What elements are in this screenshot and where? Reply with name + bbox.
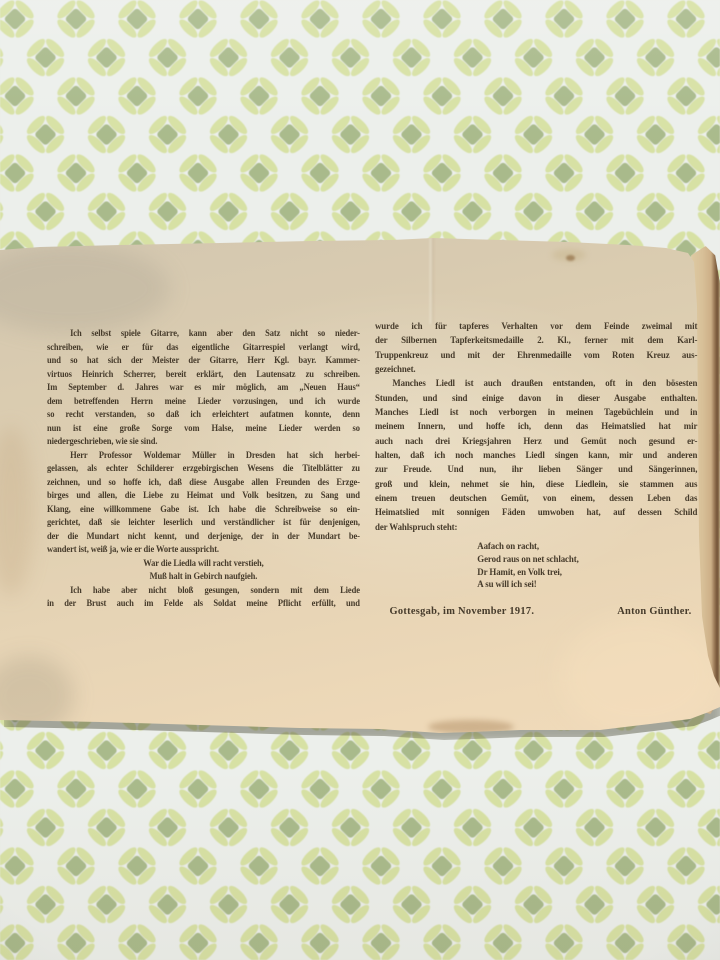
paper-stain — [552, 249, 586, 261]
text-line: Im September d. Jahres war es mir möglic… — [47, 381, 360, 395]
text-line: der Wahlspruch steht: — [375, 520, 697, 534]
right-text-column: wurde ich für tapferes Verhalten vor dem… — [375, 319, 697, 618]
verse-line: A su will ich sei! — [477, 578, 697, 591]
text-line: birges und allen, die Liebe zu Heimat un… — [47, 489, 360, 503]
text-line: meinem Innern, und hoffe ich, denn das H… — [375, 419, 697, 433]
dateline-row: Gottesgab, im November 1917. Anton Günth… — [375, 604, 697, 618]
text-line: zur Freude. Und nun, ihr lieben Sänger u… — [375, 462, 697, 476]
text-line: Ich habe aber nicht bloß gesungen, sonde… — [47, 584, 360, 598]
verse-line: Dr Hamit, en Volk trei, — [477, 566, 697, 579]
text-line: gelassen, als echter Schilderer erzgebir… — [47, 462, 360, 476]
text-line: nun ist eine große Sorge vom Halse, mein… — [47, 422, 360, 436]
text-line: Klang, eine willkommene Gabe ist. Ich ha… — [47, 503, 360, 517]
paper-stain — [566, 255, 575, 261]
text-line: dem betreffenden Herrn meine Lieder vorz… — [47, 395, 360, 409]
left-text-column: Ich selbst spiele Gitarre, kann aber den… — [47, 327, 360, 611]
text-line: und so hat sich der Meister der Gitarre,… — [47, 354, 360, 368]
paragraph-professor: Herr Professor Woldemar Müller in Dresde… — [47, 449, 360, 557]
text-line: einem treuen deutschen Gemüt, von einem,… — [375, 491, 697, 505]
text-line: halten, daß ich noch manches Liedl singe… — [375, 448, 697, 462]
verse-line: Aafach on racht, — [477, 540, 697, 553]
text-line: gerichtet, daß sie leichter leserlich un… — [47, 516, 360, 530]
paragraph-medals: wurde ich für tapferes Verhalten vor dem… — [375, 319, 697, 376]
paper-stain — [0, 244, 170, 334]
text-line: niedergeschrieben, wie sie sind. — [47, 435, 360, 449]
text-line: in der Brust auch im Felde als Soldat me… — [47, 597, 360, 611]
text-line: Heimatslied mit sonnigen Fäden umwoben h… — [375, 505, 697, 519]
text-line: der die Mundart nicht kennt, und derjeni… — [47, 530, 360, 544]
text-line: Ich selbst spiele Gitarre, kann aber den… — [47, 327, 360, 341]
text-line: virtuos Heinrich Scherrer, bereit erklär… — [47, 368, 360, 382]
text-line: Herr Professor Woldemar Müller in Dresde… — [47, 449, 360, 463]
dialect-couplet: War die Liedla will racht verstieh,Muß h… — [47, 557, 360, 584]
verse-line: Gerod raus on net schlacht, — [477, 553, 697, 566]
motto-verse: Aafach on racht,Gerod raus on net schlac… — [375, 540, 697, 591]
text-line: schreiben, wie er für das eigentliche Gi… — [47, 341, 360, 355]
text-line: gezeichnet. — [375, 362, 697, 376]
couplet-line: Muß halt in Gebirch naufgieh. — [47, 570, 360, 584]
text-line: so recht verstanden, so daß ich erleicht… — [47, 408, 360, 422]
dateline: Gottesgab, im November 1917. — [389, 604, 534, 618]
paragraph-guitar: Ich selbst spiele Gitarre, kann aber den… — [47, 327, 360, 449]
text-line: Truppenkreuz und mit der Ehrenmedaille v… — [375, 348, 697, 362]
text-line: auch nach drei Kriegsjahren Herz und Gem… — [375, 434, 697, 448]
text-line: Stunden, und sind einige davon in dieser… — [375, 391, 697, 405]
text-line: Manches Liedl ist noch verborgen in mein… — [375, 405, 697, 419]
text-line: zeichnen, und so hoffe ich, daß diese Au… — [47, 476, 360, 490]
couplet-line: War die Liedla will racht verstieh, — [47, 557, 360, 571]
paper-stain — [0, 426, 34, 596]
paragraph-liedl: Manches Liedl ist auch draußen entstande… — [375, 376, 697, 534]
signature: Anton Günther. — [617, 604, 691, 618]
text-line: der Silbernen Tapferkeitsmedaille 2. Kl.… — [375, 333, 697, 347]
paragraph-soldier: Ich habe aber nicht bloß gesungen, sonde… — [47, 584, 360, 611]
fold-crease — [429, 238, 434, 324]
text-line: Manches Liedl ist auch draußen entstande… — [375, 376, 697, 390]
text-line: wurde ich für tapferes Verhalten vor dem… — [375, 319, 697, 333]
text-line: groß und klein, nehmet sie hin, diese Li… — [375, 477, 697, 491]
text-line: wandert ist, weiß ja, wie er die Worte a… — [47, 543, 360, 557]
